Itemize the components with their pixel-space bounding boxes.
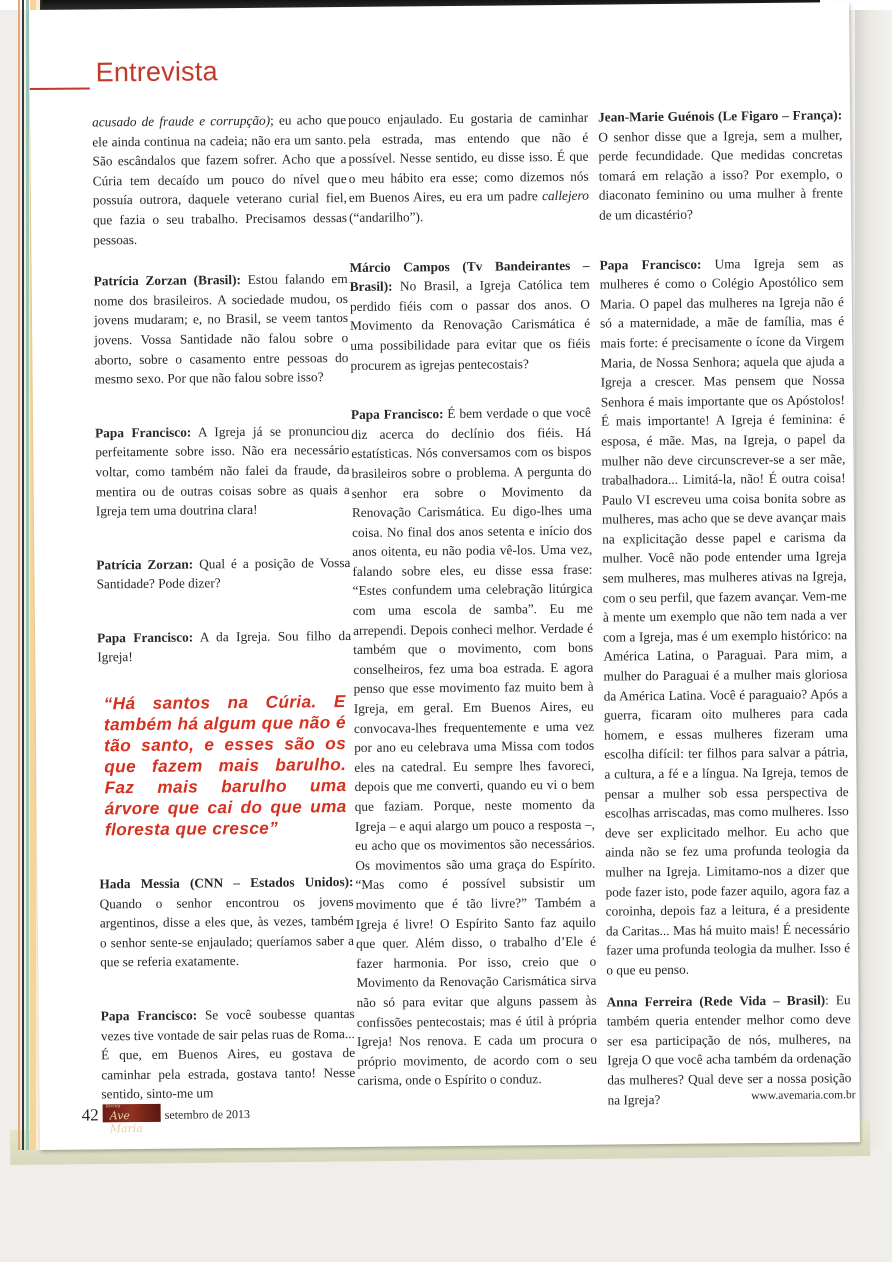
speaker-label: Jean-Marie Guénois (Le Figaro – França): xyxy=(598,107,842,124)
speaker-label: Patrícia Zorzan: xyxy=(96,556,193,572)
issue-date: setembro de 2013 xyxy=(165,1107,250,1123)
italic-lead: acusado de fraude e corrupção) xyxy=(92,113,270,130)
paragraph: acusado de fraude e corrupção); eu acho … xyxy=(92,110,347,250)
question-jean-marie-guenois: Jean-Marie Guénois (Le Figaro – França):… xyxy=(598,105,843,225)
answer-papa-francisco-2: Papa Francisco: A da Igreja. Sou filho d… xyxy=(97,626,351,668)
answer-text: Estou falando em nome dos brasileiros. A… xyxy=(94,271,349,386)
question-hada-messia: Hada Messia (CNN – Estados Unidos): Quan… xyxy=(99,872,354,972)
answer-text: Quando o senhor encontrou os jovens arge… xyxy=(100,894,355,970)
answer-papa-francisco: Papa Francisco: A Igreja já se pronuncio… xyxy=(95,421,350,521)
answer-text: O senhor disse que a Igreja, sem a mulhe… xyxy=(598,127,843,223)
speaker-label: Hada Messia (CNN – Estados Unidos): xyxy=(99,874,353,891)
speaker-label: Papa Francisco: xyxy=(101,1008,198,1024)
page-footer: 42 Revista Ave Maria setembro de 2013 xyxy=(82,1103,251,1126)
article-column-3: Jean-Marie Guénois (Le Figaro – França):… xyxy=(598,105,852,1109)
speaker-label: Papa Francisco: xyxy=(97,629,193,645)
header-rule xyxy=(30,87,90,90)
logo-main-text: Ave Maria xyxy=(110,1109,161,1135)
scan-shadow-right xyxy=(855,10,892,1150)
speaker-label: Papa Francisco: xyxy=(599,256,701,272)
answer-papa-francisco-4: Papa Francisco: É bem verdade o que você… xyxy=(351,403,598,1091)
italic-term: callejero xyxy=(542,188,589,203)
answer-papa-francisco-3: Papa Francisco: Se você soubesse quantas… xyxy=(101,1004,356,1104)
paragraph: pouco enjaulado. Eu gostaria de caminhar… xyxy=(348,108,589,228)
answer-text: Uma Igreja sem as mulheres é como o Colé… xyxy=(600,255,851,978)
answer-papa-francisco-5: Papa Francisco: Uma Igreja sem as mulher… xyxy=(599,253,850,980)
paragraph-text: (“andarilho”). xyxy=(349,209,423,225)
paragraph-text: ; eu acho que ele ainda continua na cade… xyxy=(92,112,347,247)
article-column-1: acusado de fraude e corrupção); eu acho … xyxy=(92,110,356,1104)
speaker-label: Papa Francisco: xyxy=(351,406,444,422)
question-patricia-zorzan-2: Patrícia Zorzan: Qual é a posição de Vos… xyxy=(96,553,350,595)
page-number: 42 xyxy=(82,1105,99,1125)
speaker-label: Anna Ferreira (Rede Vida – Brasil) xyxy=(607,992,826,1009)
speaker-label: Patrícia Zorzan (Brasil): xyxy=(94,272,241,288)
question-patricia-zorzan: Patrícia Zorzan (Brasil): Estou falando … xyxy=(94,269,349,389)
magazine-page: Entrevista acusado de fraude e corrupção… xyxy=(29,2,860,1150)
magazine-logo: Revista Ave Maria xyxy=(103,1104,161,1123)
section-title: Entrevista xyxy=(96,56,218,88)
answer-text: É bem verdade o que você diz acerca do d… xyxy=(351,405,597,1088)
section-header: Entrevista xyxy=(30,54,430,98)
article-column-2: pouco enjaulado. Eu gostaria de caminhar… xyxy=(348,108,597,1091)
website-url: www.avemaria.com.br xyxy=(751,1089,855,1102)
question-marcio-campos: Márcio Campos (Tv Bandeirantes – Brasil)… xyxy=(349,255,590,375)
page-edge xyxy=(18,0,20,1150)
speaker-label: Papa Francisco: xyxy=(95,424,191,440)
page-edge xyxy=(22,0,24,1150)
pull-quote: “Há santos na Cúria. E também há algum q… xyxy=(104,691,347,840)
page-edge xyxy=(26,0,29,1150)
